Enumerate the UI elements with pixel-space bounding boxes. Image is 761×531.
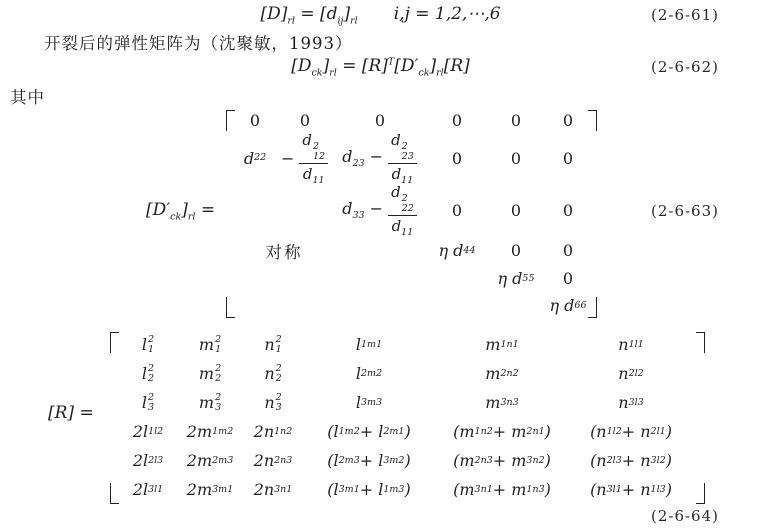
matrix-cell: 2m1m2	[178, 417, 242, 446]
matrix-cell: 2n3n1	[242, 475, 304, 504]
matrix-cell: η d55	[488, 265, 544, 292]
fraction-denominator: d11	[392, 216, 414, 238]
matrix-cell: m23	[178, 388, 242, 417]
matrix-cell: η d66	[544, 292, 592, 319]
book-page: [D]rl = [dij]rl i,j = 1,2,⋯,6 (2-6-61) 开…	[0, 0, 761, 531]
matrix-63: 0 0 0 0 0 0 d22 − d212 d11 d23 − d223 d1…	[234, 108, 592, 319]
matrix-cell: (l1m2 + l2m1)	[304, 417, 434, 446]
matrix-cell: 0	[488, 184, 544, 236]
matrix-cell: 0	[334, 108, 426, 132]
matrix-63-lhs: [D′ck]rl =	[146, 200, 215, 222]
fraction: d223 d11	[388, 131, 417, 186]
matrix-cell: 0	[426, 184, 488, 236]
matrix-cell: 0	[544, 236, 592, 265]
matrix-cell: η d44	[426, 236, 488, 265]
equation-61-formula: [D]rl = [dij]rl	[260, 4, 357, 26]
matrix-cell: l2m2	[304, 359, 434, 388]
matrix-cell: d33 − d222 d11	[334, 184, 426, 236]
matrix-cell: (m3n1 + m1n3)	[434, 475, 570, 504]
minus-sign: −	[281, 149, 294, 168]
matrix-cell: 2m2m3	[178, 446, 242, 475]
matrix-cell: 0	[426, 132, 488, 184]
matrix-cell: (m2n3 + m3n2)	[434, 446, 570, 475]
matrix-cell: (n3l1 + n1l3)	[570, 475, 692, 504]
fraction-numerator: d222	[388, 183, 417, 216]
fraction-denominator: d11	[303, 164, 325, 186]
matrix-cell: n22	[242, 359, 304, 388]
matrix-64-bracket-bottom-right	[696, 483, 705, 504]
matrix-cell: 0	[544, 108, 592, 132]
fraction-numerator: d223	[388, 131, 417, 164]
matrix-cell: 2l2l3	[118, 446, 178, 475]
matrix-cell: (n1l2 + n2l1)	[570, 417, 692, 446]
term: d23 −	[342, 147, 383, 169]
matrix-cell: 0	[234, 108, 276, 132]
matrix-cell: (n2l3 + n3l2)	[570, 446, 692, 475]
matrix-cell: m2n2	[434, 359, 570, 388]
matrix-cell: 2l3l1	[118, 475, 178, 504]
equation-64-number: (2-6-64)	[651, 507, 719, 525]
where-label: 其中	[10, 84, 45, 108]
matrix-cell: 0	[488, 132, 544, 184]
matrix-cell: n23	[242, 388, 304, 417]
matrix-cell: n3l3	[570, 388, 692, 417]
matrix-cell: 0	[276, 108, 334, 132]
matrix-cell: 2m3m1	[178, 475, 242, 504]
equation-62-number: (2-6-62)	[651, 58, 719, 76]
matrix-64-lhs: [R] =	[48, 403, 94, 423]
matrix-64: l21 m21 n21 l1m1 m1n1 n1l1 l22 m22 n22 l…	[118, 330, 692, 504]
fraction-numerator: d212	[299, 131, 328, 164]
equation-61-condition: i,j = 1,2,⋯,6	[394, 4, 501, 26]
matrix-cell: n21	[242, 330, 304, 359]
matrix-cell: 0	[544, 265, 592, 292]
matrix-cell: 2n1n2	[242, 417, 304, 446]
term: d33 −	[342, 199, 383, 221]
matrix-cell: l1m1	[304, 330, 434, 359]
matrix-cell: m21	[178, 330, 242, 359]
equation-62-formula: [Dck]rl = [R]T[D′ck]rl[R]	[291, 56, 470, 78]
symmetric-label: 对称	[234, 236, 334, 265]
matrix-cell: 0	[488, 236, 544, 265]
equation-63-number: (2-6-63)	[651, 202, 719, 220]
paragraph-cracked-elastic-matrix: 开裂后的弹性矩阵为（沈聚敏，1993）	[44, 30, 353, 54]
matrix-cell: n2l2	[570, 359, 692, 388]
matrix-cell: (l2m3 + l3m2)	[304, 446, 434, 475]
matrix-cell: (l3m1 + l1m3)	[304, 475, 434, 504]
matrix-cell: m3n3	[434, 388, 570, 417]
equation-61-line: [D]rl = [dij]rl i,j = 1,2,⋯,6	[0, 4, 761, 26]
matrix-cell: m1n1	[434, 330, 570, 359]
fraction: d222 d11	[388, 183, 417, 238]
matrix-cell: 0	[426, 108, 488, 132]
matrix-cell: l23	[118, 388, 178, 417]
matrix-cell: 0	[544, 132, 592, 184]
equation-61-number: (2-6-61)	[651, 6, 719, 24]
matrix-cell: 2n2n3	[242, 446, 304, 475]
matrix-cell: 0	[488, 108, 544, 132]
matrix-cell: n1l1	[570, 330, 692, 359]
matrix-cell: m22	[178, 359, 242, 388]
matrix-cell: 2l1l2	[118, 417, 178, 446]
matrix-cell: l3m3	[304, 388, 434, 417]
matrix-cell: l22	[118, 359, 178, 388]
matrix-cell: d22	[234, 132, 276, 184]
fraction: d212 d11	[299, 131, 328, 186]
matrix-cell: (m1n2 + m2n1)	[434, 417, 570, 446]
equation-62-line: [Dck]rl = [R]T[D′ck]rl[R]	[0, 56, 761, 78]
matrix-cell: l21	[118, 330, 178, 359]
matrix-cell: − d212 d11	[276, 132, 334, 184]
matrix-cell: 0	[544, 184, 592, 236]
matrix-64-bracket-top-right	[696, 332, 705, 353]
matrix-cell: d23 − d223 d11	[334, 132, 426, 184]
